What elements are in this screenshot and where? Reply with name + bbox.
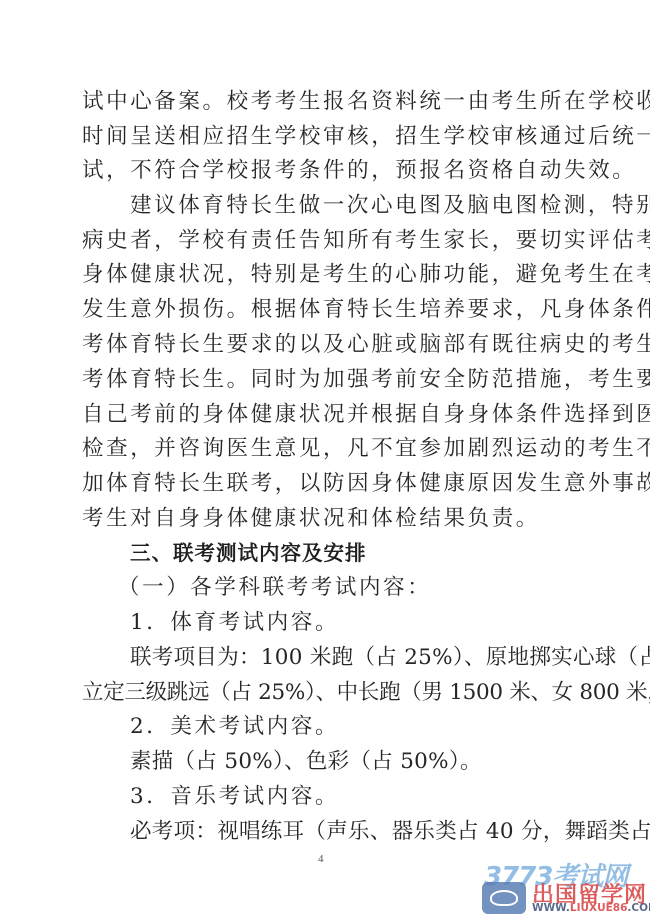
item-heading: 1．体育考试内容。 [130, 606, 580, 640]
text-line: 自己考前的身体健康状况并根据自身身体条件选择到医院进行 [82, 398, 582, 432]
watermark-logo: 3773考试网 出国留学网 WWW.LIUXUE86.COM [478, 856, 648, 916]
subsection-heading: （一）各学科联考考试内容： [118, 571, 618, 605]
item-heading: 2．美术考试内容。 [130, 710, 580, 744]
text-line: 素描（占 50%）、色彩（占 50%）。 [130, 745, 580, 779]
document-page: 试中心备案。校考考生报名资料统一由考生所在学校收齐按规定 时间呈送相应招生学校审… [0, 0, 650, 919]
url-highlight: LIUXUE86 [570, 902, 628, 914]
page-number: 4 [318, 853, 324, 865]
text-line: 发生意外损伤。根据体育特长生培养要求，凡身体条件不符合报 [82, 293, 582, 327]
text-line: 考体育特长生要求的以及心脏或脑部有既往病史的考生，不得报 [82, 328, 582, 362]
url-prefix: WWW. [532, 902, 570, 914]
url-suffix: .COM [627, 902, 650, 914]
text-line: 试，不符合学校报考条件的，预报名资格自动失效。 [82, 154, 582, 188]
text-line: 必考项：视唱练耳（声乐、器乐类占 40 分，舞蹈类占 25 分）， [130, 815, 580, 849]
text-line: 时间呈送相应招生学校审核，招生学校审核通过后统一组织考 [82, 120, 582, 154]
text-line: 考生对自身身体健康状况和体检结果负责。 [82, 502, 582, 536]
text-line: 考体育特长生。同时为加强考前安全防范措施，考生要切实评估 [82, 363, 582, 397]
text-line: 病史者，学校有责任告知所有考生家长，要切实评估考生考前的 [82, 224, 582, 258]
text-line: 身体健康状况，特别是考生的心肺功能，避免考生在考试过程中 [82, 258, 582, 292]
text-line: 联考项目为：100 米跑（占 25%）、原地掷实心球（占 25%）、 [130, 641, 580, 675]
watermark-url: WWW.LIUXUE86.COM [532, 902, 650, 914]
paragraph-start: 建议体育特长生做一次心电图及脑电图检测，特别是有既往 [130, 189, 580, 223]
item-heading: 3．音乐考试内容。 [130, 780, 580, 814]
hat-logo-icon [482, 882, 526, 914]
section-heading: 三、联考测试内容及安排 [130, 536, 580, 570]
text-line: 加体育特长生联考，以防因身体健康原因发生意外事故。家长和 [82, 467, 582, 501]
text-line: 试中心备案。校考考生报名资料统一由考生所在学校收齐按规定 [82, 85, 582, 119]
text-line: 检查，并咨询医生意见，凡不宜参加剧烈运动的考生不得强行参 [82, 432, 582, 466]
text-line: 立定三级跳远（占 25%）、中长跑（男 1500 米、女 800 米，占 25%… [82, 676, 582, 710]
